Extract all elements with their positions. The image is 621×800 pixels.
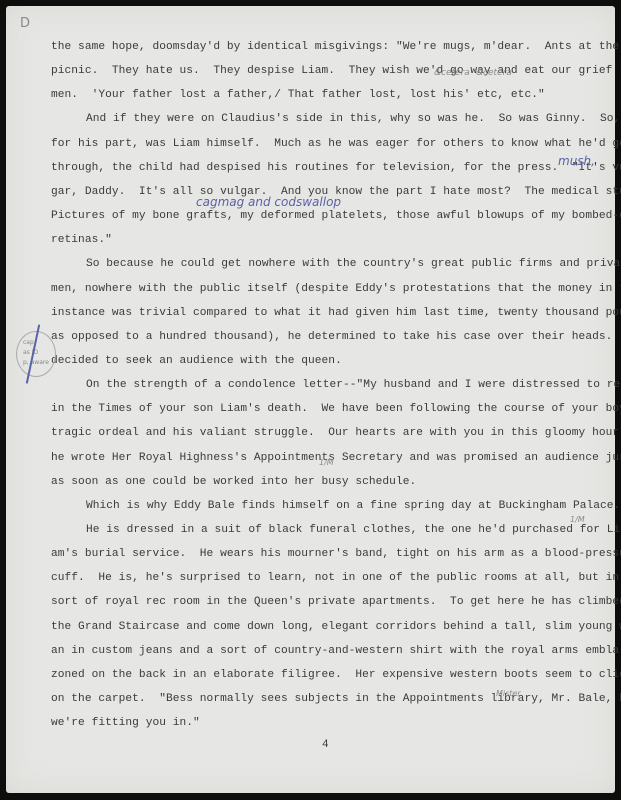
corner-letter-mark: D: [20, 16, 30, 31]
annotation-etcetera-2: &cetera: [476, 68, 512, 78]
text-line: an in custom jeans and a sort of country…: [51, 645, 621, 657]
text-line: So because he could get nowhere with the…: [86, 258, 621, 270]
annotation-cagmag: cagmag and codswallop: [196, 195, 341, 209]
text-line: in the Times of your son Liam's death. W…: [51, 403, 621, 415]
text-line: zoned on the back in an elaborate filigr…: [51, 669, 621, 681]
text-line: men, nowhere with the public itself (des…: [51, 283, 621, 295]
page-number: 4: [322, 739, 329, 751]
text-line: he wrote Her Royal Highness's Appointmen…: [51, 452, 621, 464]
text-line: He is dressed in a suit of black funeral…: [86, 524, 621, 536]
text-line: instance was trivial compared to what it…: [51, 307, 621, 319]
text-line: Which is why Eddy Bale finds himself on …: [86, 500, 620, 512]
annotation-em-dash-mark-2: 1/M: [570, 515, 585, 524]
annotation-etcetera-1: &cetera: [434, 68, 470, 78]
text-line: decided to seek an audience with the que…: [51, 355, 342, 367]
annotation-em-dash-mark: 1/M: [319, 458, 334, 467]
document-page: D the same hope, doomsday'd by identical…: [6, 6, 615, 793]
text-line: through, the child had despised his rout…: [51, 162, 621, 174]
text-line: picnic. They hate us. They despise Liam.…: [51, 65, 621, 77]
text-line: And if they were on Claudius's side in t…: [86, 113, 620, 125]
text-line: the Grand Staircase and come down long, …: [51, 621, 621, 633]
text-line: On the strength of a condolence letter--…: [86, 379, 621, 391]
text-line: as opposed to a hundred thousand), he de…: [51, 331, 621, 343]
text-line: we're fitting you in.": [51, 717, 200, 729]
text-line: the same hope, doomsday'd by identical m…: [51, 41, 619, 53]
annotation-mush: mush,: [558, 154, 595, 168]
annotation-mister: Mister: [496, 689, 521, 698]
text-line: am's burial service. He wears his mourne…: [51, 548, 621, 560]
text-line: retinas.": [51, 234, 112, 246]
text-line: on the carpet. "Bess normally sees subje…: [51, 693, 621, 705]
text-line: tragic ordeal and his valiant struggle. …: [51, 427, 621, 439]
text-line: sort of royal rec room in the Queen's pr…: [51, 596, 621, 608]
text-line: Pictures of my bone grafts, my deformed …: [51, 210, 621, 222]
text-line: for his part, was Liam himself. Much as …: [51, 138, 621, 150]
text-line: as soon as one could be worked into her …: [51, 476, 416, 488]
text-line: cuff. He is, he's surprised to learn, no…: [51, 572, 621, 584]
text-line: men. 'Your father lost a father,/ That f…: [51, 89, 545, 101]
